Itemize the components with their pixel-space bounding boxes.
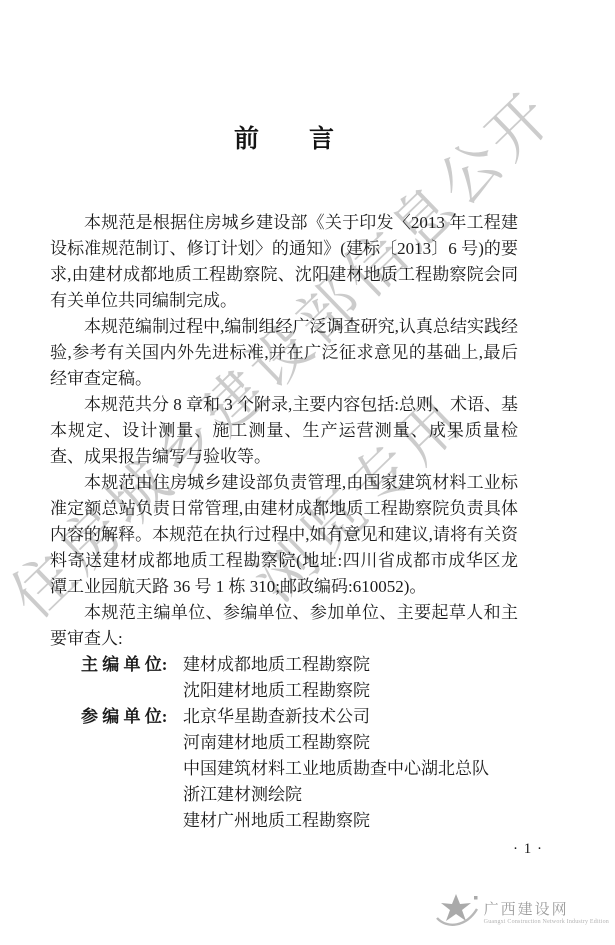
unit-role-label: 参 编 单 位:	[81, 704, 183, 730]
paragraph-4: 本规范由住房城乡建设部负责管理,由国家建筑材料工业标准定额总站负责日常管理,由建…	[50, 470, 518, 600]
unit-row: 河南建材地质工程勘察院	[81, 730, 518, 756]
unit-row: 中国建筑材料工业地质勘查中心湖北总队	[81, 756, 518, 782]
logo-site-name: 广西建设网	[484, 902, 609, 919]
shooting-star-icon	[433, 892, 479, 935]
foreword-body: 本规范是根据住房城乡建设部《关于印发〈2013 年工程建设标准规范制订、修订计划…	[50, 210, 518, 834]
unit-role-label	[81, 756, 183, 782]
unit-row: 沈阳建材地质工程勘察院	[81, 678, 518, 704]
unit-org-name: 河南建材地质工程勘察院	[183, 730, 518, 756]
unit-org-name: 建材成都地质工程勘察院	[183, 652, 518, 678]
unit-role-label	[81, 678, 183, 704]
unit-org-name: 建材广州地质工程勘察院	[183, 808, 518, 834]
page-number: · 1 ·	[513, 841, 543, 858]
unit-org-name: 北京华星勘查新技术公司	[183, 704, 518, 730]
paragraph-2: 本规范编制过程中,编制组经广泛调查研究,认真总结实践经验,参考有关国内外先进标准…	[50, 314, 518, 392]
page-title: 前 言	[50, 124, 518, 156]
paragraph-3: 本规范共分 8 章和 3 个附录,主要内容包括:总则、术语、基本规定、设计测量、…	[50, 392, 518, 470]
unit-role-label: 主 编 单 位:	[81, 652, 183, 678]
unit-role-label	[81, 782, 183, 808]
unit-row: 建材广州地质工程勘察院	[81, 808, 518, 834]
paragraph-5: 本规范主编单位、参编单位、参加单位、主要起草人和主要审查人:	[50, 600, 518, 652]
paragraph-1: 本规范是根据住房城乡建设部《关于印发〈2013 年工程建设标准规范制订、修订计划…	[50, 210, 518, 314]
unit-row: 主 编 单 位: 建材成都地质工程勘察院	[81, 652, 518, 678]
unit-org-name: 中国建筑材料工业地质勘查中心湖北总队	[183, 756, 518, 782]
site-logo: 广西建设网 Guangxi Construction Network Indus…	[433, 892, 609, 935]
logo-text: 广西建设网 Guangxi Construction Network Indus…	[484, 902, 609, 926]
unit-org-name: 沈阳建材地质工程勘察院	[183, 678, 518, 704]
unit-row: 浙江建材测绘院	[81, 782, 518, 808]
unit-row: 参 编 单 位: 北京华星勘查新技术公司	[81, 704, 518, 730]
document-page: 住房城乡建设部信息公开 浏览专用 前 言 本规范是根据住房城乡建设部《关于印发〈…	[0, 0, 615, 945]
unit-org-name: 浙江建材测绘院	[183, 782, 518, 808]
logo-tagline: Guangxi Construction Network Industry Ed…	[484, 919, 609, 926]
unit-role-label	[81, 730, 183, 756]
unit-list: 主 编 单 位: 建材成都地质工程勘察院 沈阳建材地质工程勘察院 参 编 单 位…	[81, 652, 518, 834]
unit-role-label	[81, 808, 183, 834]
